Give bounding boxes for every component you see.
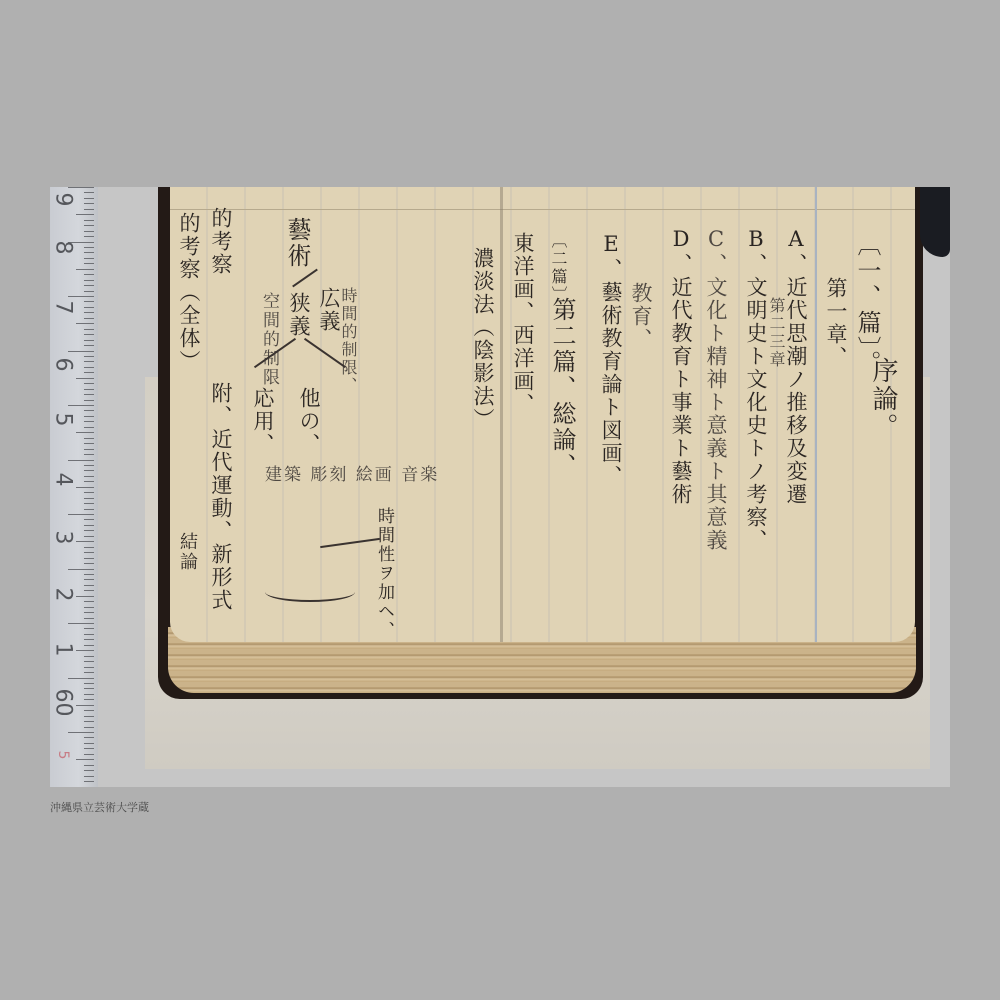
ruler-tick xyxy=(84,301,94,302)
ruler-tick xyxy=(76,705,94,706)
ruler-tick xyxy=(76,269,94,270)
conclusion: 結論 xyxy=(178,532,196,572)
ruler-tick xyxy=(68,405,94,406)
middle-page-heading: 〔二篇〕 xyxy=(550,232,566,304)
art-root: 藝術 xyxy=(285,217,309,269)
ruler-tick xyxy=(84,612,94,613)
ruler-tick xyxy=(84,776,94,777)
collection-caption: 沖縄県立芸術大学蔵 xyxy=(50,799,149,815)
archive-photo: 987654321605 〔一、篇〕。 序論。 第一章、 A、近代思潮ノ推移及変… xyxy=(50,187,950,787)
ruler-tick xyxy=(84,454,94,455)
ruler-tick xyxy=(84,372,94,373)
ruler-tick xyxy=(84,361,94,362)
ruler-tick xyxy=(76,432,94,433)
right-page-title: 序論。 xyxy=(870,357,896,441)
space-limit: 空間的制限 xyxy=(260,292,277,387)
ruler-label: 4 xyxy=(51,469,76,491)
ruler-tick xyxy=(84,645,94,646)
ruler-tick xyxy=(84,688,94,689)
ruler-tick xyxy=(84,465,94,466)
ruler-tick xyxy=(84,536,94,537)
method-note: 的考察（全体） xyxy=(178,212,199,373)
ruler-tick xyxy=(84,476,94,477)
right-page-heading: 〔一、篇〕。 xyxy=(855,232,879,376)
ruler-tick xyxy=(84,449,94,450)
ruler-tick xyxy=(84,280,94,281)
ruler-tick xyxy=(84,607,94,608)
ruler-tick xyxy=(84,579,94,580)
tassel xyxy=(920,187,950,257)
other: 他の、 xyxy=(298,387,319,456)
ruler-label: 3 xyxy=(51,527,76,549)
ruler-label: 60 xyxy=(51,689,76,711)
ruler-tick xyxy=(84,274,94,275)
ruler-tick xyxy=(84,389,94,390)
tree-branch-left xyxy=(292,269,318,288)
ruler-tick xyxy=(84,781,94,782)
ruler-tick xyxy=(84,727,94,728)
ruler-tick xyxy=(84,601,94,602)
ruler-tick xyxy=(84,519,94,520)
ruler-tick xyxy=(84,252,94,253)
shading-method: 濃淡法（陰影法） xyxy=(472,247,493,431)
time-limit: 時間的制限、 xyxy=(340,287,356,395)
notebook-page: 〔一、篇〕。 序論。 第一章、 A、近代思潮ノ推移及変遷 B、文明史ト文化史トノ… xyxy=(170,187,915,642)
ruler-tick xyxy=(84,307,94,308)
ruler-tick xyxy=(84,509,94,510)
ruler-tick xyxy=(84,394,94,395)
ruler-label: 9 xyxy=(51,189,76,211)
ruler-tick xyxy=(84,770,94,771)
ruler-tick xyxy=(68,460,94,461)
ruler-tick xyxy=(84,503,94,504)
ruler-tick xyxy=(84,656,94,657)
ruler-tick xyxy=(84,737,94,738)
chapter-label: 第一章、 xyxy=(825,277,846,369)
ruler-tick xyxy=(84,427,94,428)
ruler-tick xyxy=(84,421,94,422)
ruler-tick xyxy=(84,563,94,564)
ruler-tick xyxy=(84,383,94,384)
ruler-tick xyxy=(84,754,94,755)
ruler-tick xyxy=(84,291,94,292)
ruler-tick xyxy=(84,618,94,619)
ruler-tick xyxy=(84,192,94,193)
ruler-label: 7 xyxy=(51,297,76,319)
ruler-tick xyxy=(84,258,94,259)
ruler-tick xyxy=(84,247,94,248)
ruler-tick xyxy=(84,661,94,662)
ruler-tick xyxy=(84,367,94,368)
ruler-tick xyxy=(84,558,94,559)
item-a: A、近代思潮ノ推移及変遷 xyxy=(785,227,806,506)
ruler-tick xyxy=(84,356,94,357)
ruler-label: 1 xyxy=(51,639,76,661)
ruler-tick xyxy=(76,541,94,542)
ruler-label: 5 xyxy=(55,744,71,766)
ruler-tick xyxy=(84,340,94,341)
ruler-tick xyxy=(84,716,94,717)
thought-note: 的考察 xyxy=(210,207,231,276)
ruler-tick xyxy=(84,334,94,335)
page-fold xyxy=(500,187,503,642)
broad-sense: 広義 xyxy=(318,287,339,333)
ruler-tick xyxy=(84,574,94,575)
ruler-tick xyxy=(84,198,94,199)
ruler-tick xyxy=(68,623,94,624)
ruler-tick xyxy=(76,596,94,597)
ruler-tick xyxy=(76,214,94,215)
ruler-tick xyxy=(84,530,94,531)
item-b-note: 第二三章 xyxy=(768,297,784,369)
item-c: C、文化ト精神ト意義ト其意義 xyxy=(705,227,726,552)
ruler-tick xyxy=(76,323,94,324)
ruler-tick xyxy=(84,416,94,417)
ruler-tick xyxy=(68,732,94,733)
ruler-tick xyxy=(84,443,94,444)
previous-page-strip xyxy=(170,187,915,210)
measuring-ruler: 987654321605 xyxy=(50,187,98,787)
ruler-tick xyxy=(84,225,94,226)
ruler-tick xyxy=(84,231,94,232)
ruler-tick xyxy=(84,694,94,695)
ruler-tick xyxy=(84,743,94,744)
item-b: B、文明史ト文化史トノ考察、 xyxy=(745,227,766,552)
ruler-tick xyxy=(84,410,94,411)
east-west-painting: 東洋画、西洋画、 xyxy=(512,232,533,416)
margin-rule xyxy=(815,187,817,642)
ruler-tick xyxy=(84,318,94,319)
ruler-label: 2 xyxy=(51,584,76,606)
ruler-tick xyxy=(68,569,94,570)
art-kinds: 建築 彫刻 絵画 音楽 xyxy=(265,467,439,484)
ruler-tick xyxy=(84,748,94,749)
applied: 応用、 xyxy=(252,387,273,456)
ruler-tick xyxy=(84,628,94,629)
ruler-tick xyxy=(84,525,94,526)
item-e-note: 教育、 xyxy=(630,282,651,351)
appendix: 附、近代運動、新形式 xyxy=(210,382,231,612)
ruler-tick xyxy=(84,590,94,591)
narrow-sense: 狭義 xyxy=(288,292,309,338)
ruler-label: 6 xyxy=(51,354,76,376)
ruler-tick xyxy=(84,765,94,766)
ruler-label: 8 xyxy=(51,237,76,259)
ruler-tick xyxy=(84,400,94,401)
curved-arrow xyxy=(265,582,355,602)
ruler-tick xyxy=(76,650,94,651)
add-time-note: 時間性ヲ加ヘ、 xyxy=(375,507,392,640)
ruler-tick xyxy=(84,639,94,640)
ruler-tick xyxy=(76,378,94,379)
ruler-tick xyxy=(84,721,94,722)
ruler-tick xyxy=(84,438,94,439)
ruler-tick xyxy=(84,672,94,673)
ruler-tick xyxy=(84,209,94,210)
ruler-tick xyxy=(84,585,94,586)
ruler-tick xyxy=(68,787,94,788)
ruler-tick xyxy=(84,345,94,346)
ruler-tick xyxy=(84,312,94,313)
ruler-tick xyxy=(84,683,94,684)
ruler-tick xyxy=(76,759,94,760)
ruler-tick xyxy=(76,487,94,488)
ruler-tick xyxy=(84,634,94,635)
ruler-tick xyxy=(84,552,94,553)
ruler-tick xyxy=(84,667,94,668)
ruler-tick xyxy=(84,498,94,499)
ruler-label: 5 xyxy=(51,409,76,431)
section-general: 第二篇、総論、 xyxy=(550,297,574,479)
ruler-tick xyxy=(84,481,94,482)
arrow-line xyxy=(320,538,380,548)
item-e: E、藝術教育論ト図画、 xyxy=(600,232,621,488)
ruler-tick xyxy=(84,203,94,204)
ruler-tick xyxy=(84,220,94,221)
ruler-tick xyxy=(68,514,94,515)
item-d: D、近代教育ト事業ト藝術 xyxy=(670,227,691,506)
ruler-tick xyxy=(68,351,94,352)
ruler-tick xyxy=(84,263,94,264)
ruler-tick xyxy=(84,547,94,548)
ruler-tick xyxy=(84,236,94,237)
ruler-tick xyxy=(84,710,94,711)
ruler-tick xyxy=(84,470,94,471)
ruler-tick xyxy=(84,329,94,330)
ruler-tick xyxy=(84,285,94,286)
ruler-tick xyxy=(84,699,94,700)
ruler-tick xyxy=(84,492,94,493)
ruler-tick xyxy=(68,678,94,679)
